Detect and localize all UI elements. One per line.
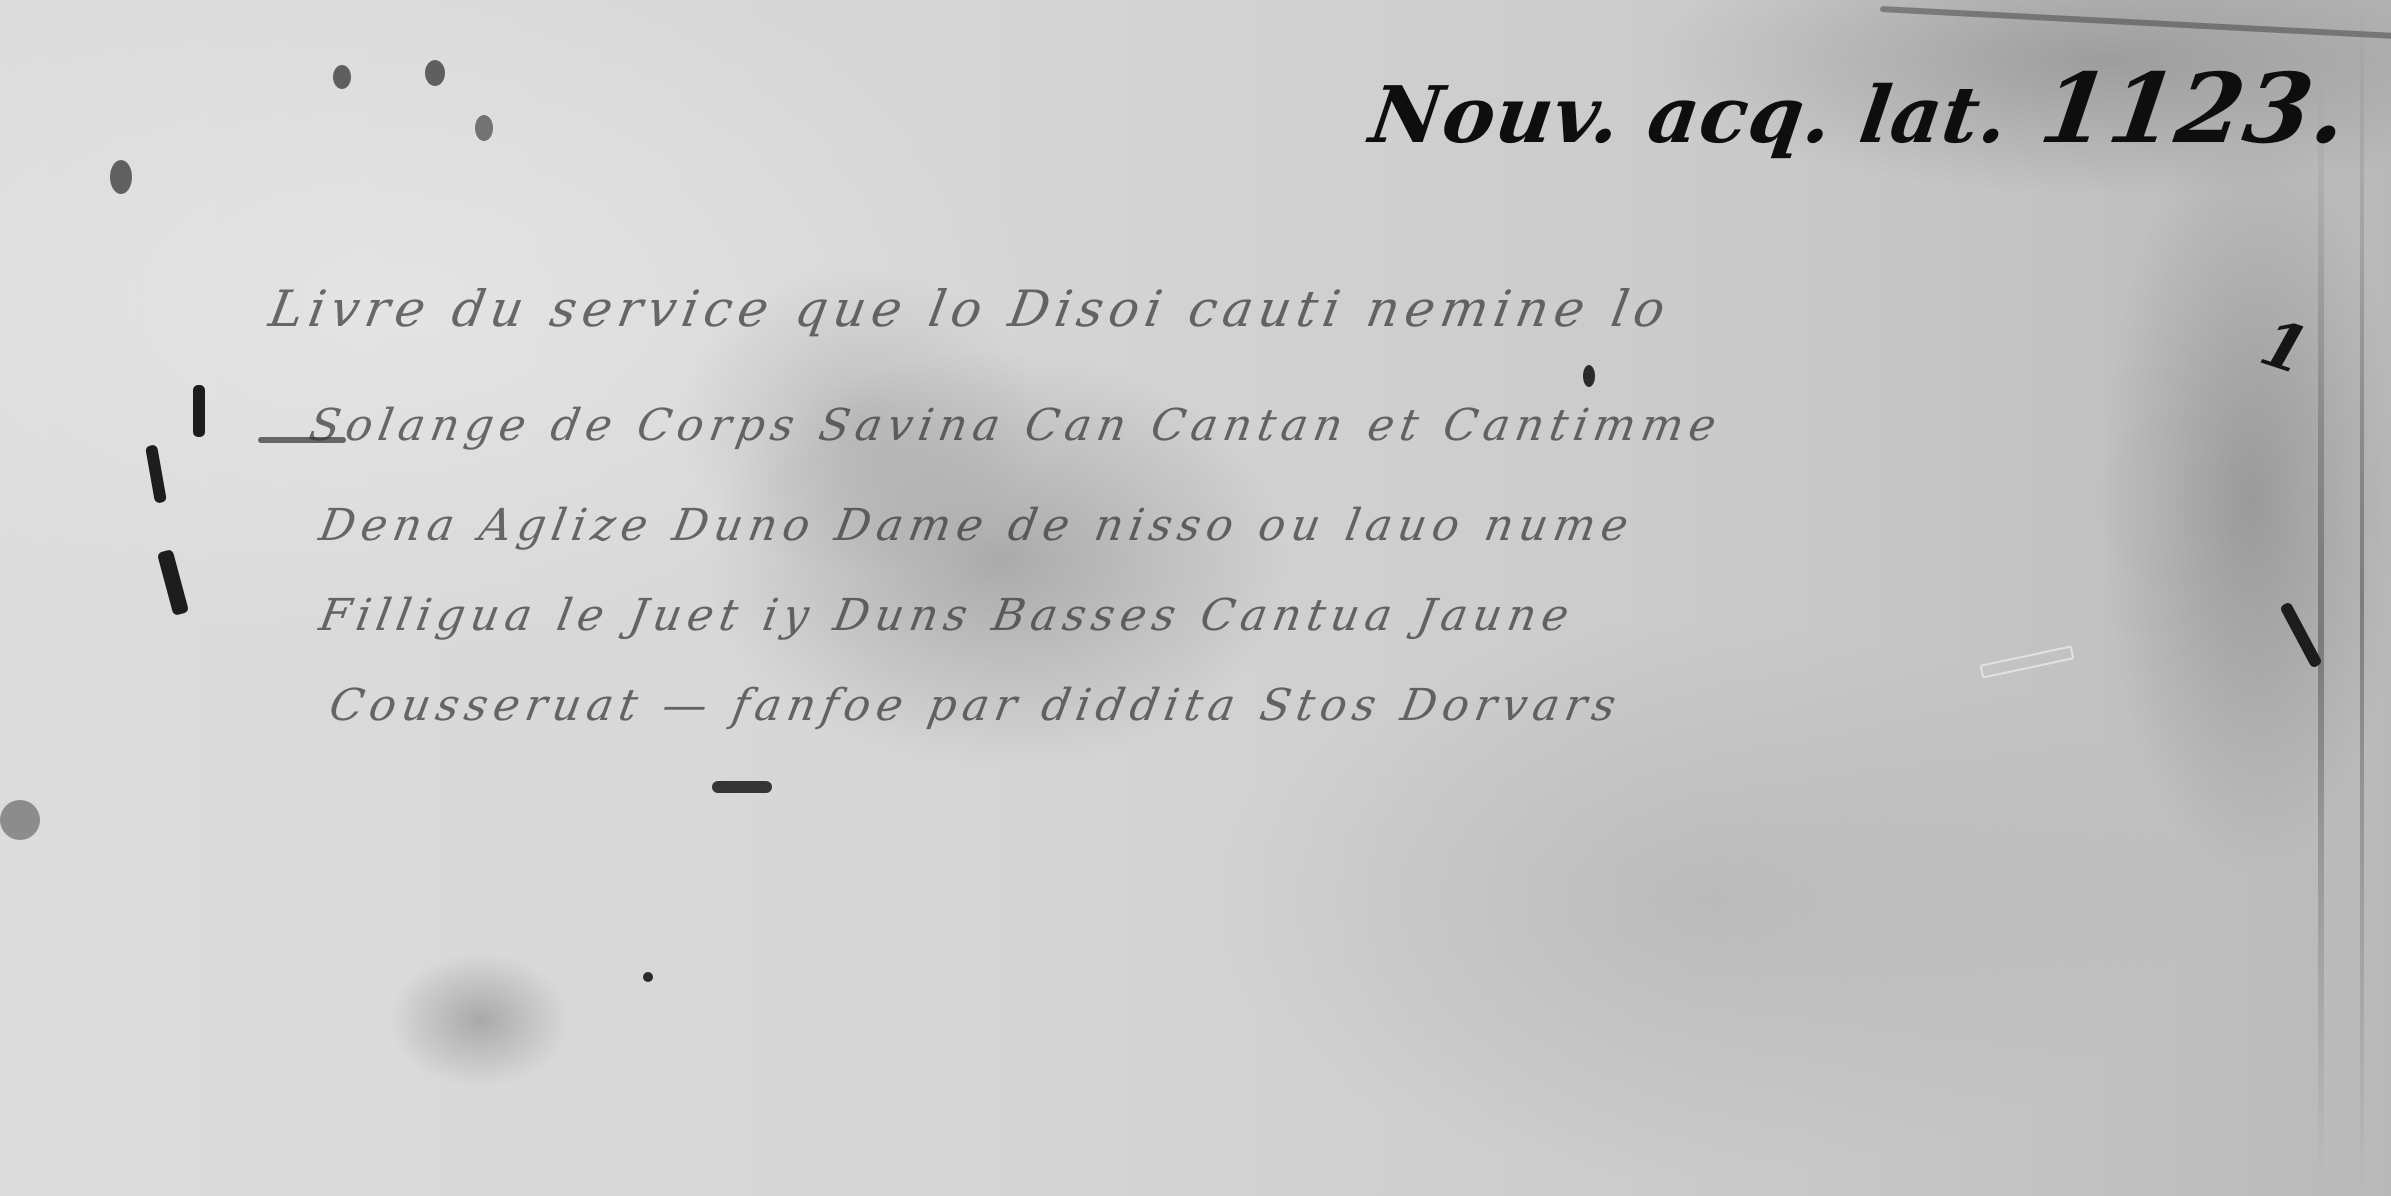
text-line: Livre du service que lo Disoi cauti nemi… [265, 280, 1675, 338]
ink-strike [712, 781, 772, 793]
shelfmark-number: 1123. [2034, 52, 2355, 165]
paper-scratch [1980, 645, 2075, 678]
text-line: Solange de Corps Savina Can Cantan et Ca… [306, 400, 1726, 451]
ink-blot [110, 160, 132, 194]
text-line: Filligua le Juet iy Duns Basses Cantua J… [316, 590, 1579, 641]
margin-ink-mark [145, 444, 167, 503]
manuscript-page: Nouv. acq. lat. 1123. 1 Livre du service… [0, 0, 2391, 1196]
margin-ink-mark [2279, 601, 2322, 668]
margin-ink-mark [193, 385, 205, 437]
page-edge-line [2360, 0, 2364, 1196]
ink-blot [333, 65, 351, 89]
ink-dot [1583, 365, 1595, 387]
ink-dot [643, 972, 653, 982]
page-top-edge [1880, 6, 2391, 39]
ink-blot [0, 800, 40, 840]
ink-blot [475, 115, 493, 141]
page-fold-line [2318, 80, 2324, 1180]
shelfmark-label: Nouv. acq. lat. [1365, 70, 2015, 161]
text-line: Dena Aglize Duno Dame de nisso ou lauo n… [316, 500, 1638, 551]
ink-blot [425, 60, 445, 86]
folio-number: 1 [2252, 305, 2318, 390]
margin-ink-mark [157, 549, 189, 616]
text-line: Cousseruat — fanfoe par diddita Stos Dor… [326, 680, 1626, 731]
shelfmark: Nouv. acq. lat. 1123. [1364, 52, 2355, 165]
